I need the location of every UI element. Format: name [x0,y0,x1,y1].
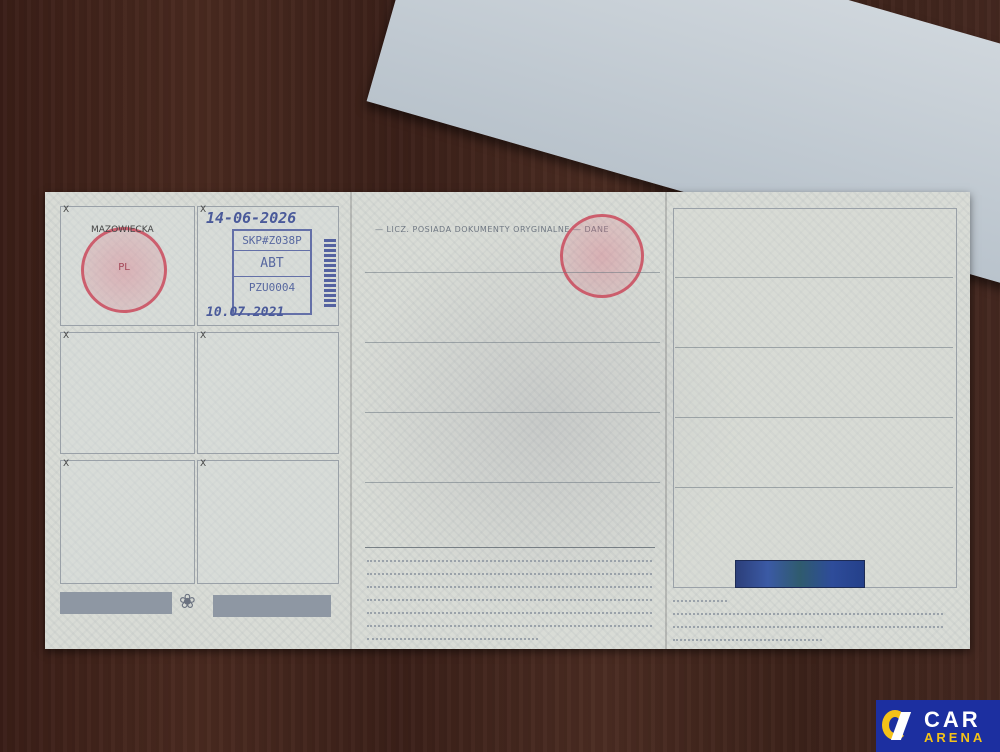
inspection-box-1: X PL MAZOWIECKA [60,206,195,326]
rule-line [365,482,660,483]
station-code: SKP#Z038P [234,231,310,251]
inspection-box-4: X [197,332,339,454]
rule-line [675,417,953,418]
rule-line [675,277,953,278]
legal-footnotes-right [673,592,943,641]
box-marker: X [63,331,69,341]
box-marker: X [200,331,206,341]
rule-line [365,272,660,273]
page-fold [665,192,667,649]
right-page-frame [673,208,957,588]
rule-line [365,412,660,413]
car-arena-watermark: CAR ARENA [876,700,1000,752]
registration-document: X PL MAZOWIECKA X 14-06-2026 SKP#Z038P A… [45,192,970,649]
box-marker: X [63,205,69,215]
signature [324,237,336,307]
inspection-box-2: X 14-06-2026 SKP#Z038P ABT PZU0004 10.07… [197,206,339,326]
grey-band-left [60,592,172,614]
box-marker: X [200,459,206,469]
inspection-box-3: X [60,332,195,454]
station-id: ABT [234,251,310,277]
handwritten-date: 14-06-2026 [206,209,296,227]
rule-line [365,342,660,343]
rule-line [675,347,953,348]
footnote-rule [365,547,655,548]
stamp-label: MAZOWIECKA [91,225,154,235]
car-arena-logo-icon [882,708,918,744]
rule-line [675,487,953,488]
security-hologram [735,560,865,588]
legal-footnotes [367,552,652,640]
brand-name: CAR [924,709,985,731]
inspection-stamp: SKP#Z038P ABT PZU0004 [232,229,312,315]
page-fold [350,192,352,649]
inspection-box-6: X [197,460,339,584]
inspection-box-5: X [60,460,195,584]
eagle-emblem-icon: ❀ [179,589,196,613]
stamp-text: PL [84,262,164,273]
inspector-code: PZU0004 [234,277,310,298]
red-seal-stamp: PL [81,227,167,313]
handwritten-date-bottom: 10.07.2021 [206,305,284,320]
box-marker: X [63,459,69,469]
brand-subname: ARENA [924,731,985,744]
red-seal-stamp-middle [560,214,644,298]
grey-band-right [213,595,331,617]
